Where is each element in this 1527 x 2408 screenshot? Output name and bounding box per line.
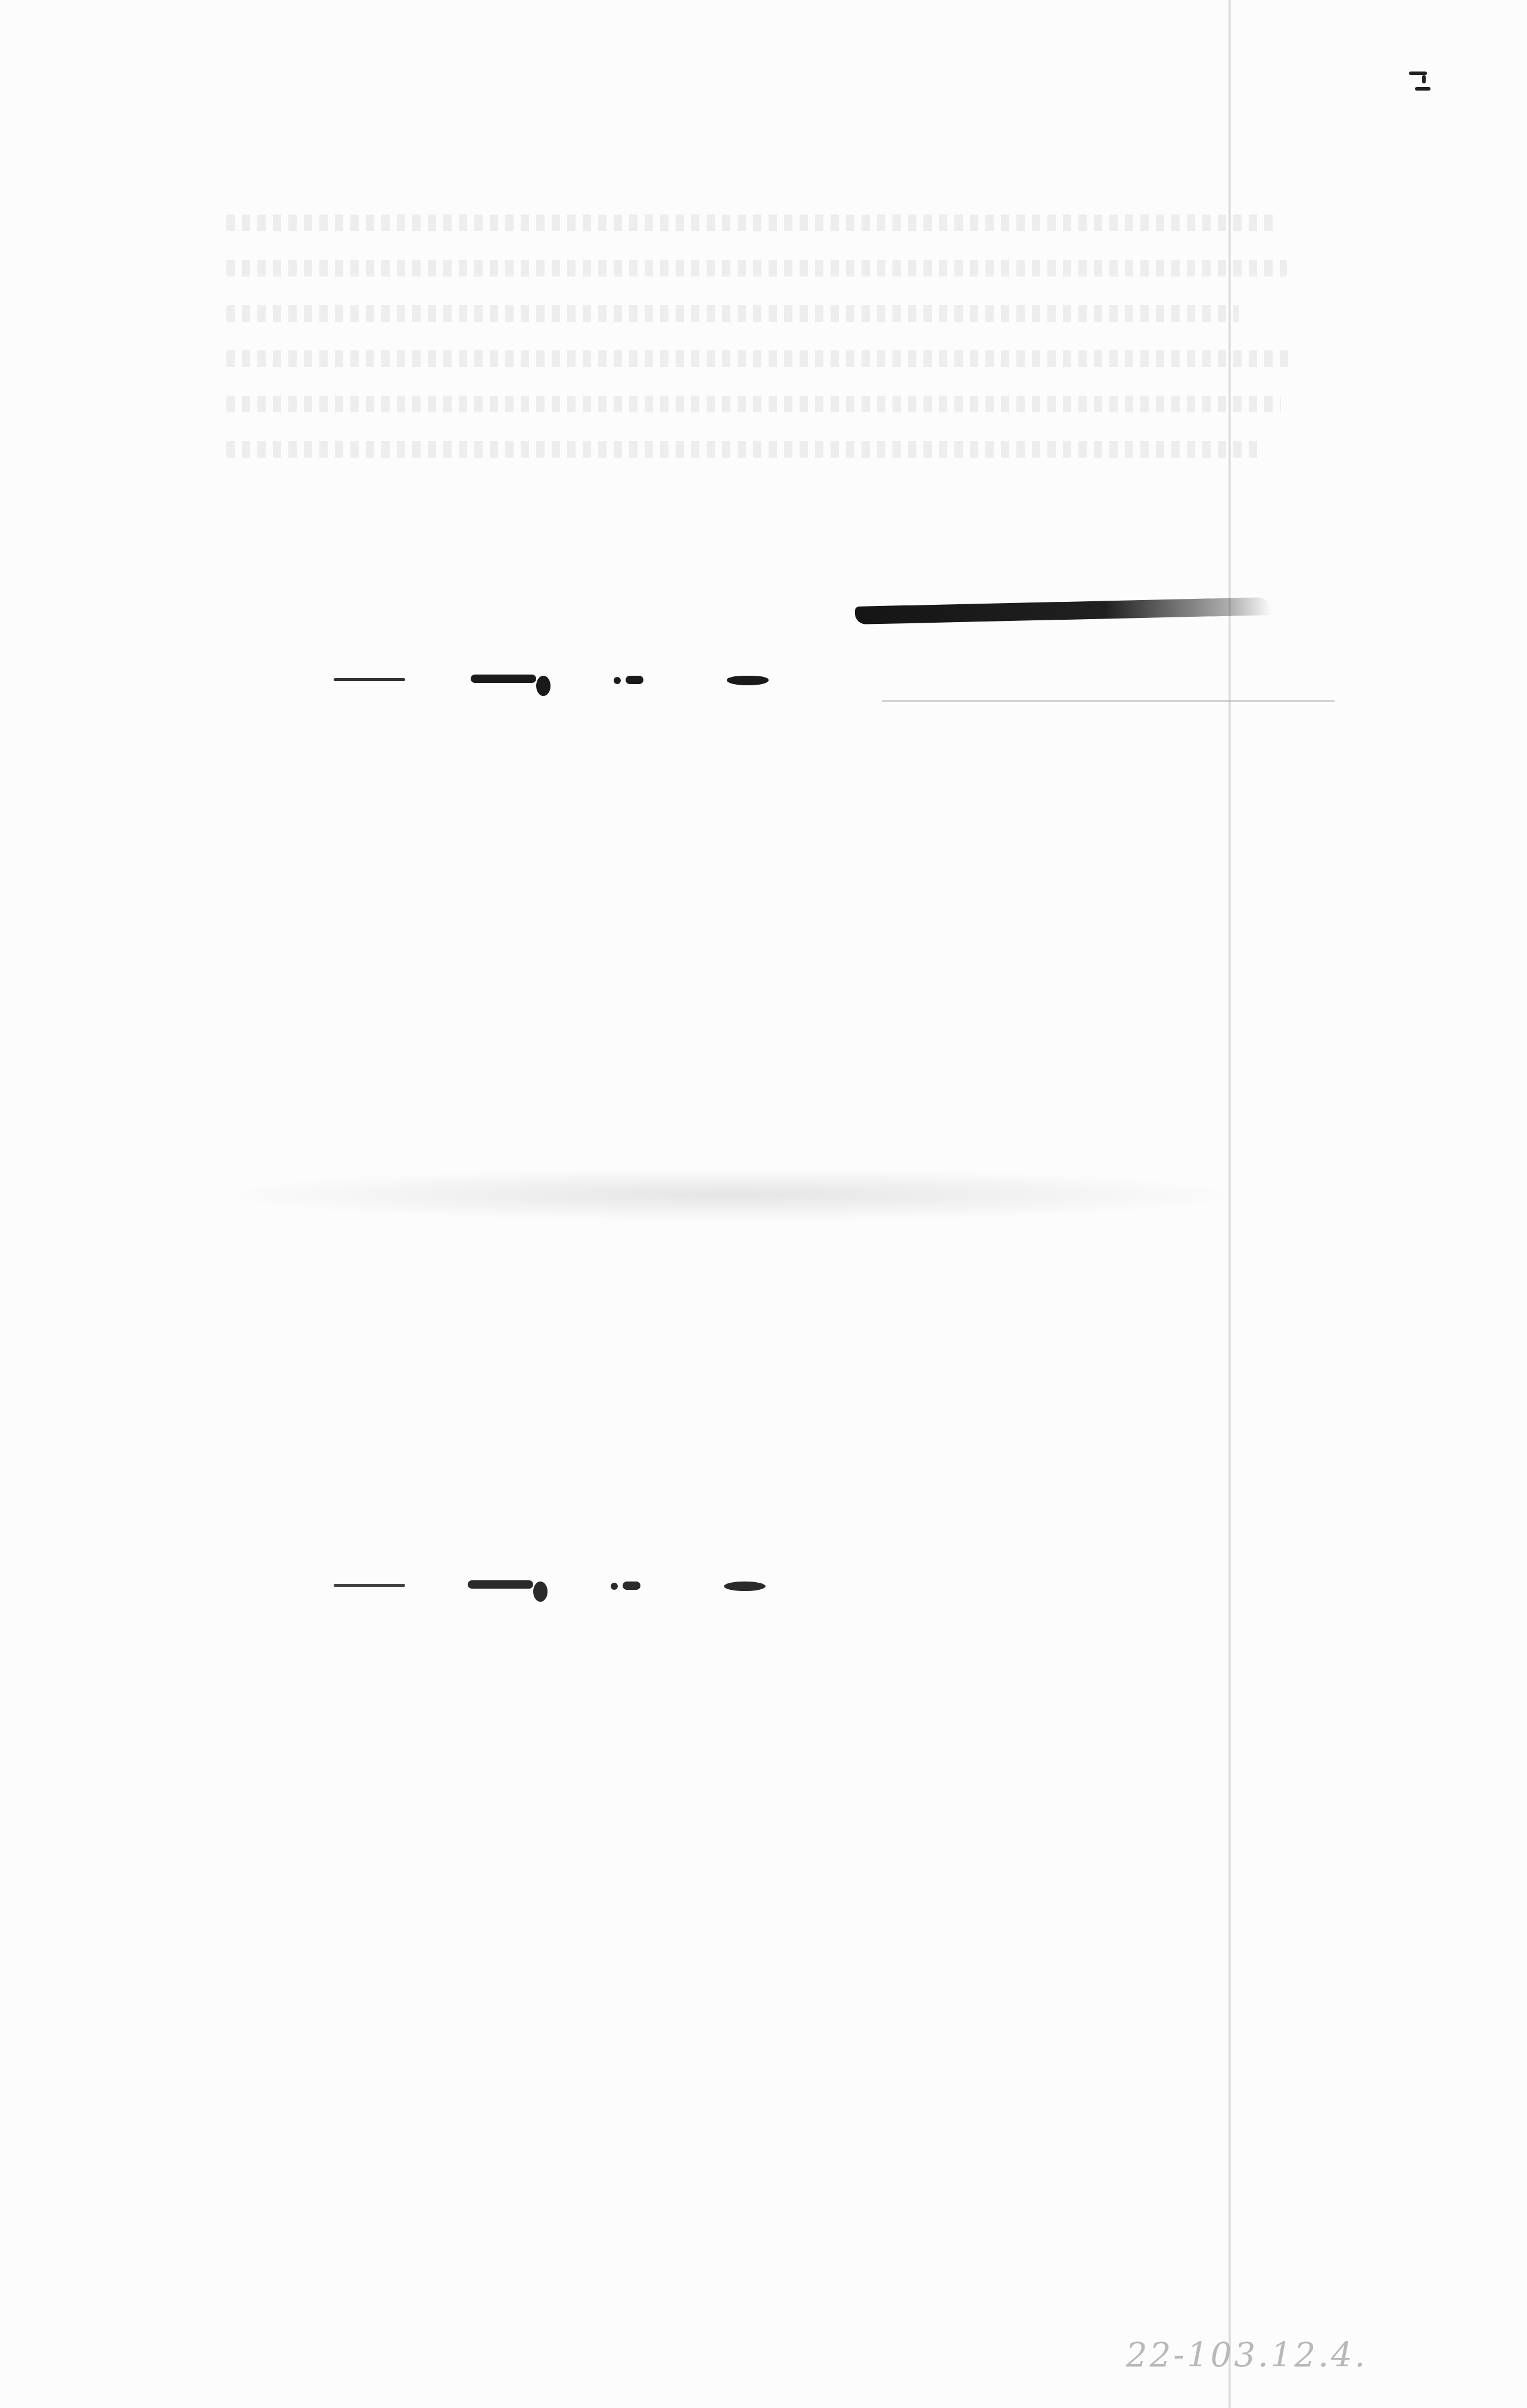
paper-crease	[209, 1168, 1251, 1222]
ink-smudge-upper	[855, 597, 1273, 624]
ink-smudge-row	[334, 1573, 786, 1597]
ink-smudge-row	[334, 667, 786, 691]
document-page: 22-103.12.4.	[0, 0, 1527, 2408]
bleed-line	[226, 350, 1293, 367]
bleed-line	[226, 441, 1263, 458]
bleed-line	[226, 305, 1239, 322]
faint-rule	[882, 700, 1335, 702]
handwritten-reference-number: 22-103.12.4.	[1126, 2336, 1367, 2375]
bleed-line	[226, 215, 1275, 231]
corner-ink-mark	[1409, 72, 1439, 89]
bleed-line	[226, 260, 1287, 276]
bleed-line	[226, 396, 1281, 412]
bleed-through-text	[226, 215, 1299, 483]
